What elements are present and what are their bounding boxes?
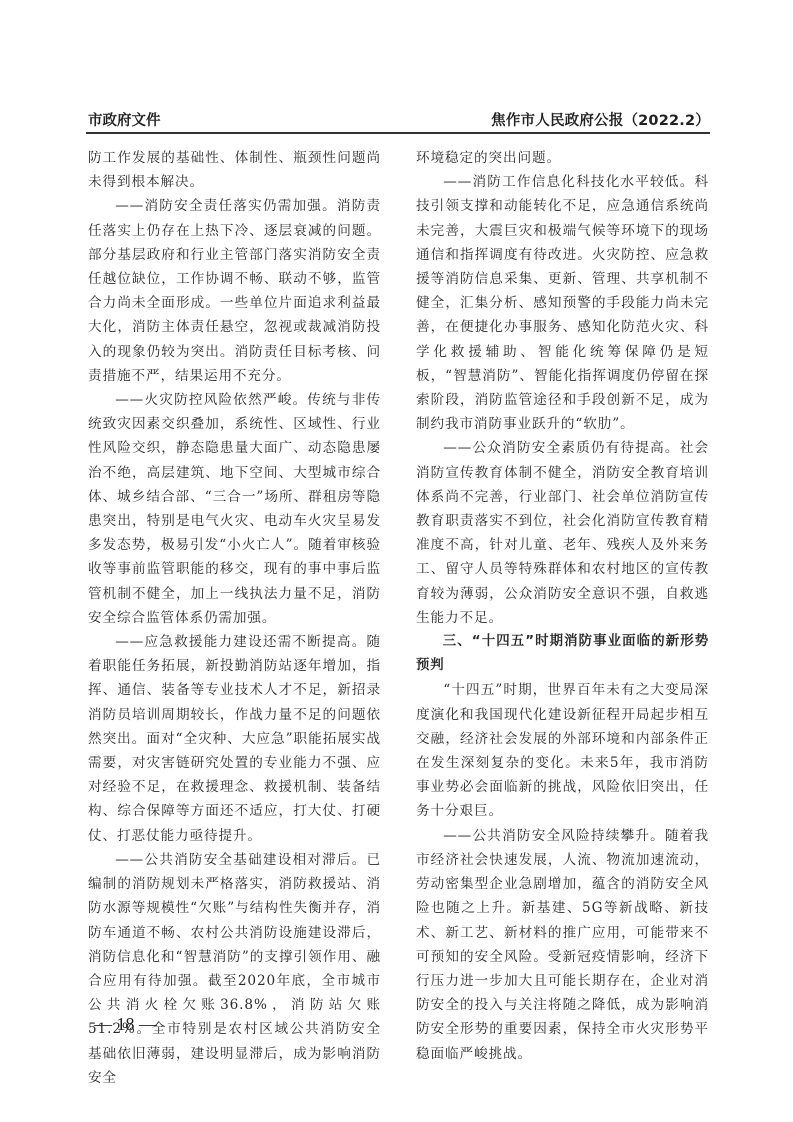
paragraph: ——公众消防安全素质仍有待提高。社会消防宣传教育体制不健全，消防安全教育培训体系… xyxy=(416,436,709,630)
paragraph: ——公共消防安全风险持续攀升。随着我市经济社会快速发展，人流、物流加速流动，劳动… xyxy=(416,824,709,1066)
paragraph: ——消防安全责任落实仍需加强。消防责任落实上仍存在上热下冷、逐层衰减的问题。部分… xyxy=(88,194,381,388)
paragraph: 环境稳定的突出问题。 xyxy=(416,146,709,170)
paragraph: ——公共消防安全基础建设相对滞后。已编制的消防规划未严格落实，消防救援站、消防水… xyxy=(88,848,381,1090)
paragraph: ——火灾防控风险依然严峻。传统与非传统致灾因素交织叠加，系统性、区域性、行业性风… xyxy=(88,388,381,630)
left-column: 防工作发展的基础性、体制性、瓶颈性问题尚未得到根本解决。 ——消防安全责任落实仍… xyxy=(88,146,381,1090)
publication-title: 焦作市人民政府公报（2022.2） xyxy=(491,109,710,130)
paragraph: “十四五”时期，世界百年未有之大变局深度演化和我国现代化建设新征程开局起步相互交… xyxy=(416,678,709,823)
paragraph: ——应急救援能力建设还需不断提高。随着职能任务拓展，新投勤消防站逐年增加，指挥、… xyxy=(88,630,381,848)
section-heading: 三、“十四五”时期消防事业面临的新形势预判 xyxy=(416,630,709,678)
paragraph: 防工作发展的基础性、体制性、瓶颈性问题尚未得到根本解决。 xyxy=(88,146,381,194)
page-number: — 18 — xyxy=(94,1014,157,1035)
paragraph: ——消防工作信息化科技化水平较低。科技引领支撑和动能转化不足，应急通信系统尚未完… xyxy=(416,170,709,436)
right-column: 环境稳定的突出问题。 ——消防工作信息化科技化水平较低。科技引领支撑和动能转化不… xyxy=(416,146,709,1066)
page-header: 市政府文件 焦作市人民政府公报（2022.2） xyxy=(86,109,710,131)
header-divider xyxy=(86,132,710,134)
section-label: 市政府文件 xyxy=(88,109,161,130)
